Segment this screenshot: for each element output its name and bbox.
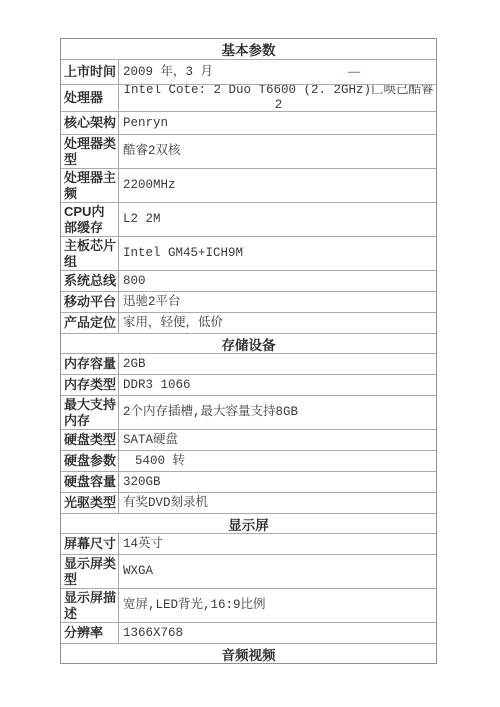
row-value: 14英寸 bbox=[119, 534, 436, 554]
table-row: 移动平台 迅驰2平台 bbox=[61, 291, 436, 312]
table-row: 上市时间 2009 年，3 月 — bbox=[61, 59, 436, 84]
row-value: 2个内存插槽,最大容量支持8GB bbox=[119, 396, 436, 429]
table-row: 硬盘容量 320GB bbox=[61, 471, 436, 492]
spec-table: 基本参数 上市时间 2009 年，3 月 — 处理器 Intel Cote: 2… bbox=[60, 38, 437, 664]
section-header-row: 显示屏 bbox=[61, 513, 436, 533]
row-label: 硬盘类型 bbox=[61, 430, 119, 450]
table-row: 处理器 Intel Cote: 2 Duo T6600 (2. 2GHz)匚唤己… bbox=[61, 84, 436, 111]
table-row: 显示屏描述 宽屏,LED背光,16:9比例 bbox=[61, 588, 436, 622]
section-header-row: 存储设备 bbox=[61, 333, 436, 353]
row-label: 处理器 bbox=[61, 85, 119, 111]
section-title-storage: 存储设备 bbox=[61, 334, 436, 353]
row-value: DDR3 1066 bbox=[119, 375, 436, 395]
row-value: 家用，轻便，低价 bbox=[119, 313, 436, 333]
row-label: 硬盘容量 bbox=[61, 472, 119, 492]
row-value: L2 2M bbox=[119, 203, 436, 236]
row-label: 硬盘参数 bbox=[61, 451, 119, 471]
row-value: 1366X768 bbox=[119, 623, 436, 643]
row-label: CPU内部缓存 bbox=[61, 203, 119, 236]
row-value: 宽屏,LED背光,16:9比例 bbox=[119, 589, 436, 622]
table-row: 屏幕尺寸 14英寸 bbox=[61, 533, 436, 554]
row-label: 产品定位 bbox=[61, 313, 119, 333]
row-label: 核心架构 bbox=[61, 112, 119, 134]
row-label: 处理器主频 bbox=[61, 169, 119, 202]
row-value: 5400 转 bbox=[119, 451, 436, 471]
row-label: 内存容量 bbox=[61, 354, 119, 374]
section-header-row: 基本参数 bbox=[61, 39, 436, 59]
section-header-row: 音频视频 bbox=[61, 643, 436, 663]
row-value: 2200MHz bbox=[119, 169, 436, 202]
table-row: 处理器类型 酷睿2双核 bbox=[61, 134, 436, 168]
section-title-basic-params: 基本参数 bbox=[61, 39, 436, 59]
row-label: 分辨率 bbox=[61, 623, 119, 643]
section-title-audio-video: 音频视频 bbox=[61, 644, 436, 663]
table-row: 核心架构 Penryn bbox=[61, 111, 436, 134]
table-row: 系统总线 800 bbox=[61, 270, 436, 291]
table-row: 内存容量 2GB bbox=[61, 353, 436, 374]
row-value: 320GB bbox=[119, 472, 436, 492]
row-label: 处理器类型 bbox=[61, 135, 119, 168]
row-label: 内存类型 bbox=[61, 375, 119, 395]
table-row: 光驱类型 有奖DVD刻录机 bbox=[61, 492, 436, 513]
row-value: Penryn bbox=[119, 112, 436, 134]
row-label: 移动平台 bbox=[61, 292, 119, 312]
row-label: 上市时间 bbox=[61, 60, 119, 84]
row-label: 屏幕尺寸 bbox=[61, 534, 119, 554]
table-row: 主板芯片组 Intel GM45+ICH9M bbox=[61, 236, 436, 270]
row-label: 光驱类型 bbox=[61, 493, 119, 513]
table-row: 显示屏类型 WXGA bbox=[61, 554, 436, 588]
table-row: 最大支持内存 2个内存插槽,最大容量支持8GB bbox=[61, 395, 436, 429]
row-value: WXGA bbox=[119, 555, 436, 588]
row-label: 显示屏描述 bbox=[61, 589, 119, 622]
row-value: Intel GM45+ICH9M bbox=[119, 237, 436, 270]
row-value: 800 bbox=[119, 271, 436, 291]
table-row: 处理器主频 2200MHz bbox=[61, 168, 436, 202]
table-row: 内存类型 DDR3 1066 bbox=[61, 374, 436, 395]
row-value: Intel Cote: 2 Duo T6600 (2. 2GHz)匚唤己酷睿 2 bbox=[119, 85, 436, 111]
dash-link[interactable]: — bbox=[348, 65, 435, 80]
row-value: 2GB bbox=[119, 354, 436, 374]
row-value: 有奖DVD刻录机 bbox=[119, 493, 436, 513]
table-row: 产品定位 家用，轻便，低价 bbox=[61, 312, 436, 333]
table-row: 分辨率 1366X768 bbox=[61, 622, 436, 643]
document-page: 基本参数 上市时间 2009 年，3 月 — 处理器 Intel Cote: 2… bbox=[0, 0, 500, 707]
row-value: 2009 年，3 月 — bbox=[119, 60, 436, 84]
row-value: 酷睿2双核 bbox=[119, 135, 436, 168]
row-label: 主板芯片组 bbox=[61, 237, 119, 270]
row-value: 迅驰2平台 bbox=[119, 292, 436, 312]
row-value: SATA硬盘 bbox=[119, 430, 436, 450]
table-row: CPU内部缓存 L2 2M bbox=[61, 202, 436, 236]
launch-date-text: 2009 年，3 月 bbox=[123, 65, 213, 80]
table-row: 硬盘类型 SATA硬盘 bbox=[61, 429, 436, 450]
row-label: 显示屏类型 bbox=[61, 555, 119, 588]
row-label: 最大支持内存 bbox=[61, 396, 119, 429]
row-label: 系统总线 bbox=[61, 271, 119, 291]
table-row: 硬盘参数 5400 转 bbox=[61, 450, 436, 471]
section-title-display: 显示屏 bbox=[61, 514, 436, 533]
